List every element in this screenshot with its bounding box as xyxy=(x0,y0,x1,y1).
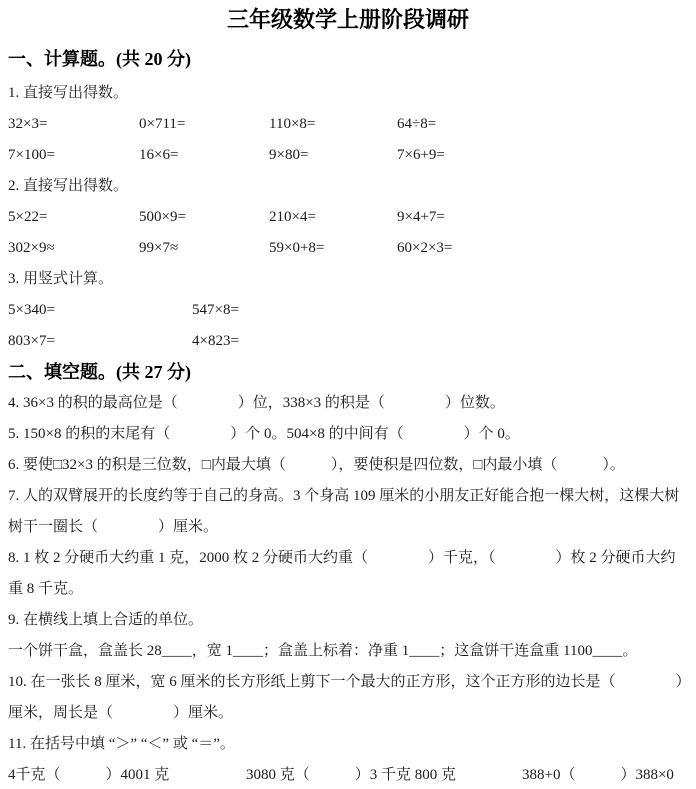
equation: 7×6+9= xyxy=(397,140,688,171)
q11-label: 11. 在括号中填 “＞” “＜” 或 “＝”。 xyxy=(8,729,688,760)
equation: 0×711= xyxy=(139,109,269,140)
equation: 9×80= xyxy=(269,140,397,171)
equation: 210×4= xyxy=(269,202,397,233)
q2-label: 2. 直接写出得数。 xyxy=(8,171,688,202)
section-fill-heading: 二、填空题。(共 27 分) xyxy=(8,357,688,388)
q6-text: 6. 要使□32×3 的积是三位数，□内最大填（ ），要使积是四位数，□内最小填… xyxy=(8,450,688,481)
equation: 32×3= xyxy=(8,109,139,140)
equation: 59×0+8= xyxy=(269,233,397,264)
equation-row: 7×100= 16×6= 9×80= 7×6+9= xyxy=(8,140,688,171)
q1-label: 1. 直接写出得数。 xyxy=(8,78,688,109)
q10-text: 10. 在一张长 8 厘米，宽 6 厘米的长方形纸上剪下一个最大的正方形，这个正… xyxy=(8,667,688,729)
comparison-item: 3080 克（ ）3 千克 800 克 xyxy=(246,760,522,789)
q9-label: 9. 在横线上填上合适的单位。 xyxy=(8,605,688,636)
equation-row: 803×7= 4×823= xyxy=(8,326,688,357)
section-calc-heading: 一、计算题。(共 20 分) xyxy=(8,40,688,78)
equation: 64÷8= xyxy=(397,109,688,140)
equation: 7×100= xyxy=(8,140,139,171)
equation: 99×7≈ xyxy=(139,233,269,264)
q9-text: 一个饼干盒，盒盖长 28____，宽 1____；盒盖上标着：净重 1____；… xyxy=(8,636,688,667)
equation-row: 5×22= 500×9= 210×4= 9×4+7= xyxy=(8,202,688,233)
equation: 803×7= xyxy=(8,326,192,357)
comparison-row: 4千克（ ）4001 克 3080 克（ ）3 千克 800 克 388+0（ … xyxy=(8,760,688,789)
equation: 5×22= xyxy=(8,202,139,233)
equation: 4×823= xyxy=(192,326,688,357)
q8-text: 8. 1 枚 2 分硬币大约重 1 克，2000 枚 2 分硬币大约重（ ）千克… xyxy=(8,543,688,605)
equation: 547×8= xyxy=(192,295,688,326)
q4-text: 4. 36×3 的积的最高位是（ ）位，338×3 的积是（ ）位数。 xyxy=(8,388,688,419)
equation: 60×2×3= xyxy=(397,233,688,264)
q3-label: 3. 用竖式计算。 xyxy=(8,264,688,295)
equation: 16×6= xyxy=(139,140,269,171)
equation: 110×8= xyxy=(269,109,397,140)
equation-row: 302×9≈ 99×7≈ 59×0+8= 60×2×3= xyxy=(8,233,688,264)
equation: 5×340= xyxy=(8,295,192,326)
equation: 500×9= xyxy=(139,202,269,233)
comparison-item: 388+0（ ）388×0 xyxy=(522,760,688,789)
equation-row: 5×340= 547×8= xyxy=(8,295,688,326)
q7-text: 7. 人的双臂展开的长度约等于自己的身高。3 个身高 109 厘米的小朋友正好能… xyxy=(8,481,688,543)
worksheet-page: 三年级数学上册阶段调研 一、计算题。(共 20 分) 1. 直接写出得数。 32… xyxy=(0,0,696,789)
page-title: 三年级数学上册阶段调研 xyxy=(8,0,688,40)
equation: 302×9≈ xyxy=(8,233,139,264)
equation: 9×4+7= xyxy=(397,202,688,233)
comparison-item: 4千克（ ）4001 克 xyxy=(8,760,246,789)
q5-text: 5. 150×8 的积的末尾有（ ）个 0。504×8 的中间有（ ）个 0。 xyxy=(8,419,688,450)
equation-row: 32×3= 0×711= 110×8= 64÷8= xyxy=(8,109,688,140)
